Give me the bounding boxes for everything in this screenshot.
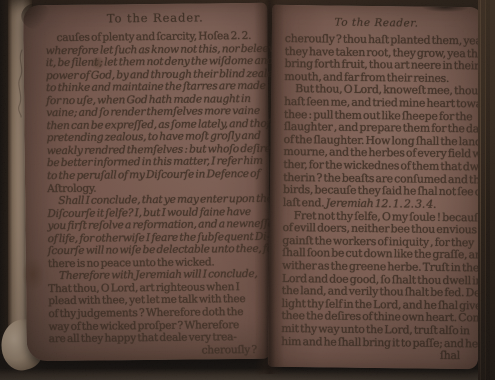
text-line: him and he ſhall bring it to paſſe; and …	[281, 335, 464, 350]
text-line: ſcourſe will no wiſe be delectable unto …	[48, 243, 268, 258]
left-page: To the Reader. cauſes of plenty and ſcar…	[23, 3, 271, 362]
running-header-right: To the Reader.	[285, 15, 468, 31]
right-fore-edge	[478, 0, 495, 380]
right-page: To the Reader. cherouſly ? thou haſt pla…	[268, 5, 482, 370]
book-photo: 3 . 15 ∈ To the Reader. cauſes of plenty…	[0, 0, 495, 380]
running-header-left: To the Reader.	[45, 10, 265, 26]
gutter-shadow	[254, 0, 284, 374]
right-page-text: cherouſly ? thou haſt planted them, yeat…	[281, 33, 468, 363]
text-line: cherouſly ?	[49, 343, 269, 358]
left-page-text: cauſes of plenty and ſcarcity, Hoſea 2. …	[45, 30, 268, 359]
margin-stain	[22, 257, 44, 291]
top-edge-shadow	[422, 5, 468, 12]
text-line: to the peruſall of my Diſcourſe in Defen…	[47, 168, 267, 183]
text-line: ſhal	[281, 348, 464, 363]
